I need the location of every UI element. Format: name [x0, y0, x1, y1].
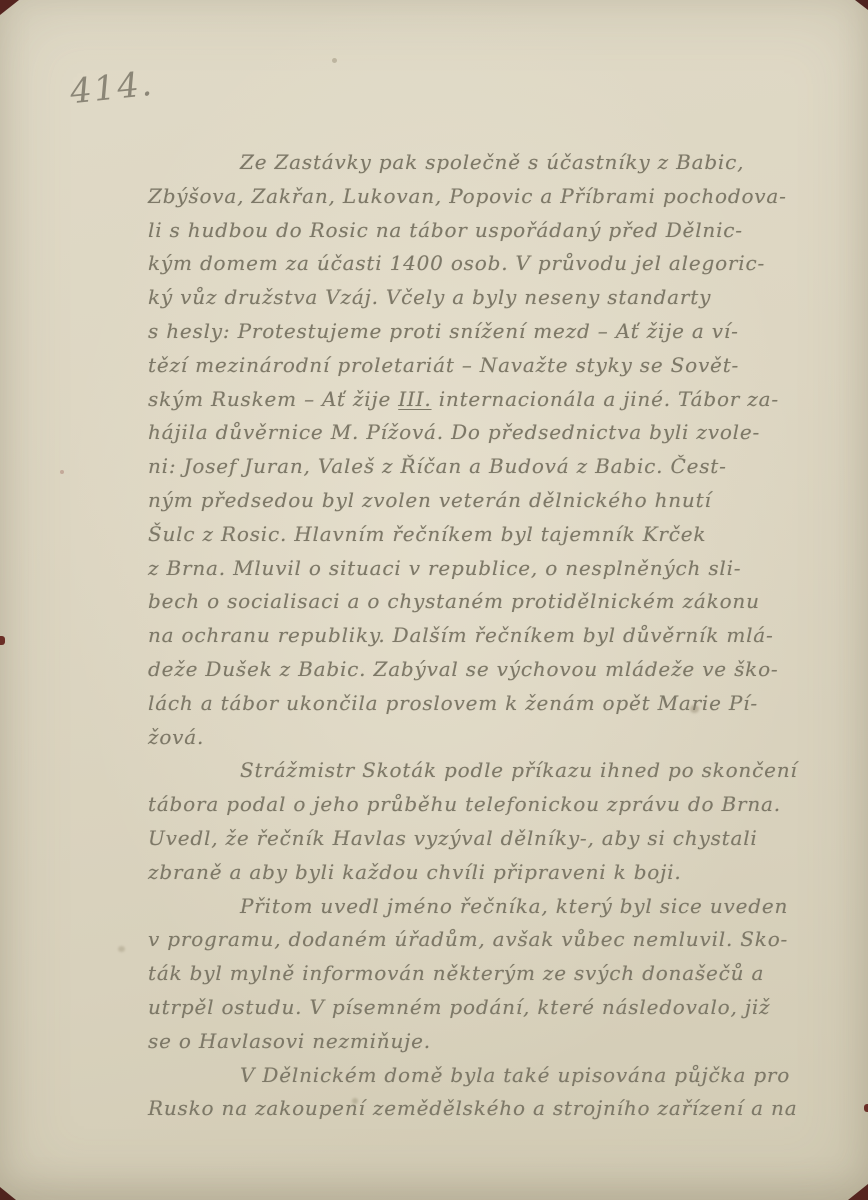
text-block: Ze Zastávky pak společně s účastníky z B…	[148, 146, 840, 1126]
handwriting-line: Strážmistr Skoták podle příkazu ihned po…	[148, 754, 840, 788]
handwriting-line: ták byl mylně informován některým ze svý…	[148, 957, 840, 991]
handwriting-line: Zbýšova, Zakřan, Lukovan, Popovic a Příb…	[148, 180, 840, 214]
handwriting-line: žová.	[148, 721, 840, 755]
handwriting-line: na ochranu republiky. Dalším řečníkem by…	[148, 619, 840, 653]
handwriting-line: s hesly: Protestujeme proti snížení mezd…	[148, 315, 840, 349]
paragraph: Strážmistr Skoták podle příkazu ihned po…	[148, 754, 840, 1126]
handwriting-line: Šulc z Rosic. Hlavním řečníkem byl tajem…	[148, 518, 840, 552]
handwriting-line: z Brna. Mluvil o situaci v republice, o …	[148, 552, 840, 586]
handwriting-line: ký vůz družstva Vzáj. Včely a byly nesen…	[148, 281, 840, 315]
handwriting-line: bech o socialisaci a o chystaném protidě…	[148, 585, 840, 619]
handwriting-line: zbraně a aby byli každou chvíli připrave…	[148, 856, 840, 890]
handwriting-line: ni: Josef Juran, Valeš z Říčan a Budová …	[148, 450, 840, 484]
handwriting-line: tězí mezinárodní proletariát – Navažte s…	[148, 349, 840, 383]
paragraph: Ze Zastávky pak společně s účastníky z B…	[148, 146, 840, 754]
handwriting-line: tábora podal o jeho průběhu telefonickou…	[148, 788, 840, 822]
handwriting-line: ným předsedou byl zvolen veterán dělnick…	[148, 484, 840, 518]
handwriting-line: se o Havlasovi nezmiňuje.	[148, 1025, 840, 1059]
handwriting-line: Rusko na zakoupení zemědělského a strojn…	[148, 1092, 840, 1126]
handwriting-line: li s hudbou do Rosic na tábor uspořádaný…	[148, 214, 840, 248]
handwriting-line: hájila důvěrnice M. Pížová. Do předsedni…	[148, 416, 840, 450]
handwriting-line: Uvedl, že řečník Havlas vyzýval dělníky-…	[148, 822, 840, 856]
handwriting-line: V Dělnickém domě byla také upisována půj…	[148, 1059, 840, 1093]
handwriting-line: lách a tábor ukončila proslovem k ženám …	[148, 687, 840, 721]
handwriting-line: v programu, dodaném úřadům, avšak vůbec …	[148, 923, 840, 957]
handwriting-line: Ze Zastávky pak společně s účastníky z B…	[148, 146, 840, 180]
handwriting-line: utrpěl ostudu. V písemném podání, které …	[148, 991, 840, 1025]
handwriting-line: deže Dušek z Babic. Zabýval se výchovou …	[148, 653, 840, 687]
handwriting-line: Přitom uvedl jméno řečníka, který byl si…	[148, 890, 840, 924]
handwriting-line: kým domem za účasti 1400 osob. V průvodu…	[148, 247, 840, 281]
handwriting-line: ským Ruskem – Ať žije III. internacionál…	[148, 383, 840, 417]
